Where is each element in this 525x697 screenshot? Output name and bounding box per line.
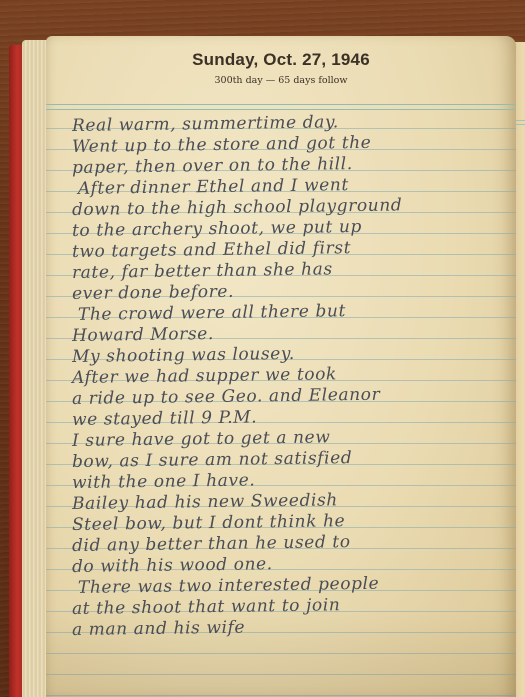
day-count: 300th day — 65 days follow (46, 75, 516, 86)
handwritten-entry: Real warm, summertime day. Went up to th… (72, 116, 512, 641)
diary-page: Sunday, Oct. 27, 1946 300th day — 65 day… (46, 36, 516, 697)
page-header: Sunday, Oct. 27, 1946 300th day — 65 day… (46, 50, 516, 86)
page-date: Sunday, Oct. 27, 1946 (46, 50, 516, 70)
page-bottom-shadow (46, 607, 516, 697)
